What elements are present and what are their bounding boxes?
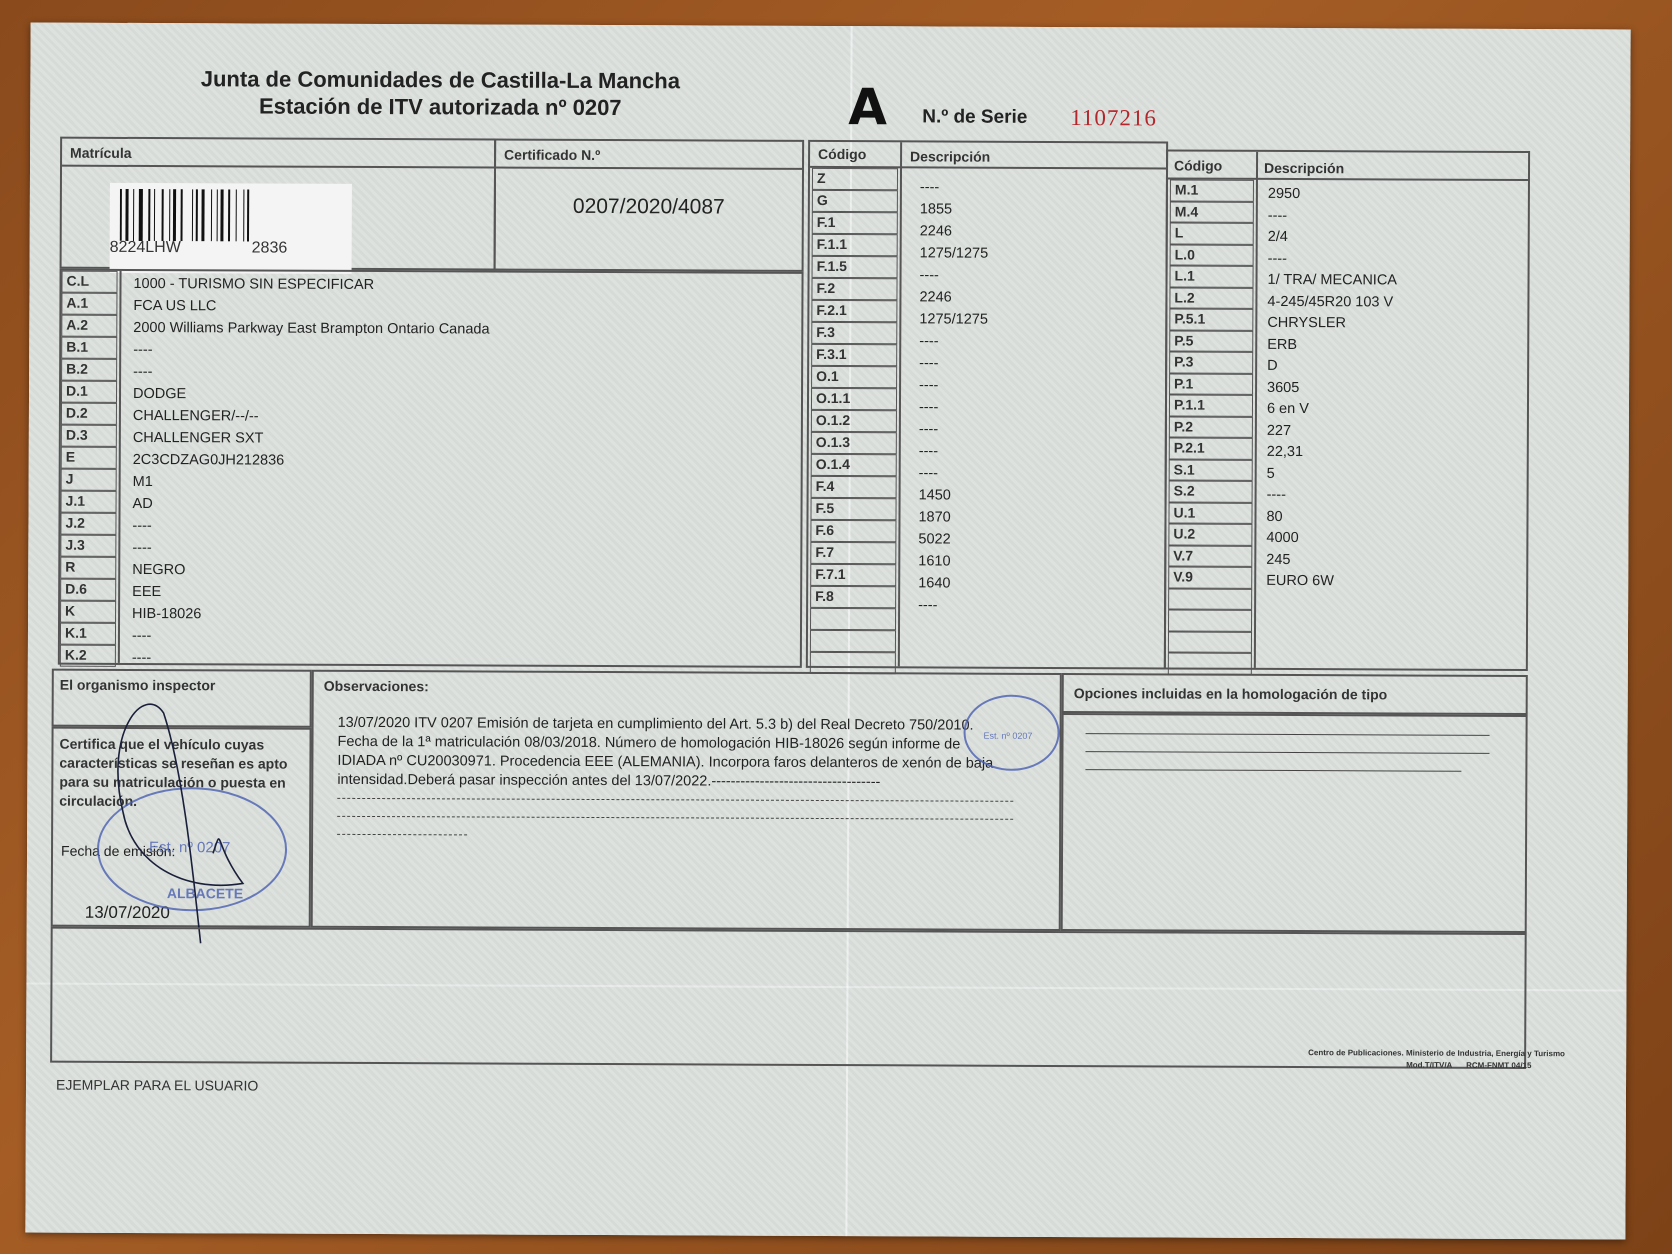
field-code: O.1.3 <box>811 432 897 454</box>
field-code: G <box>812 190 898 212</box>
field-value <box>1266 592 1396 614</box>
field-value: EEE <box>132 581 488 605</box>
field-value: 2246 <box>919 286 988 308</box>
issuer-title-line1: Junta de Comunidades de Castilla-La Manc… <box>160 65 720 94</box>
field-code: O.1.2 <box>811 410 897 432</box>
field-code: F.2.1 <box>811 300 897 322</box>
field-code: F.6 <box>810 520 896 542</box>
certificado-box: Certificado N.º 0207/2020/4087 <box>494 139 805 272</box>
matricula-box: Matrícula 8224LHW 2836 <box>60 137 497 271</box>
left-values-column: 1000 - TURISMO SIN ESPECIFICARFCA US LLC… <box>132 273 490 671</box>
opciones-box <box>1061 713 1528 933</box>
field-value: ---- <box>132 515 488 539</box>
field-code: F.3 <box>811 322 897 344</box>
field-value: CHALLENGER SXT <box>133 427 489 451</box>
field-value: CHALLENGER/--/-- <box>133 405 489 429</box>
field-value: ERB <box>1267 334 1397 356</box>
field-code: O.1.1 <box>811 388 897 410</box>
field-code <box>810 630 896 652</box>
right-code-header: Código <box>1174 158 1222 174</box>
form-letter: A <box>848 78 887 136</box>
observaciones-stamp-icon: Est. nº 0207 <box>963 695 1059 771</box>
right-desc-header: Descripción <box>1264 160 1344 176</box>
field-value: 245 <box>1266 549 1396 571</box>
field-code: C.L <box>61 271 117 293</box>
field-code: F.7.1 <box>810 564 896 586</box>
observaciones-box: Observaciones: 13/07/2020 ITV 0207 Emisi… <box>311 670 1062 931</box>
field-code: P.5.1 <box>1169 308 1253 330</box>
left-fields-box: C.LA.1A.2B.1B.2D.1D.2D.3EJJ.1J.2J.3RD.6K… <box>58 269 804 668</box>
field-value: CHRYSLER <box>1267 313 1397 335</box>
field-code: Z <box>812 168 898 190</box>
field-code <box>1168 588 1252 610</box>
serie-number: 1107216 <box>1070 105 1157 131</box>
field-code: D.3 <box>61 425 117 447</box>
field-value: 3605 <box>1267 377 1397 399</box>
field-value: DODGE <box>133 383 489 407</box>
field-code: K.2 <box>60 645 116 667</box>
field-value: 1640 <box>918 572 987 594</box>
model-text: Mod.T/ITV/A <box>1406 1061 1452 1070</box>
field-value: ---- <box>919 352 988 374</box>
field-value <box>918 638 987 660</box>
field-code: R <box>60 557 116 579</box>
field-code: S.2 <box>1169 480 1253 502</box>
middle-values-column: ----185522461275/1275----22461275/1275--… <box>918 176 989 682</box>
field-value: ---- <box>920 264 989 286</box>
field-value: 227 <box>1267 420 1397 442</box>
field-value: HIB-18026 <box>132 603 488 627</box>
field-code: V.9 <box>1168 566 1252 588</box>
field-code: P.5 <box>1169 330 1253 352</box>
serie-label: N.º de Serie <box>922 106 1027 128</box>
middle-table: Código Descripción ZGF.1F.1.1F.1.5F.2F.2… <box>806 140 1168 670</box>
field-code: A.2 <box>61 315 117 337</box>
field-value: 1275/1275 <box>919 308 988 330</box>
certificado-number: 0207/2020/4087 <box>496 195 802 220</box>
field-code: F.8 <box>810 586 896 608</box>
observacion-line: intensidad.Deberá pasar inspección antes… <box>337 771 993 793</box>
field-code: J.3 <box>60 535 116 557</box>
barcode-icon <box>120 189 310 242</box>
field-value: ---- <box>920 176 989 198</box>
certificado-label: Certificado N.º <box>504 147 600 163</box>
field-code: L <box>1170 222 1254 244</box>
field-code: L.1 <box>1170 265 1254 287</box>
left-codes-column: C.LA.1A.2B.1B.2D.1D.2D.3EJJ.1J.2J.3RD.6K… <box>60 271 118 667</box>
plate-number: 8224LHW <box>110 239 181 257</box>
field-code: B.2 <box>61 359 117 381</box>
field-value: 1275/1275 <box>920 242 989 264</box>
field-code: F.1 <box>812 212 898 234</box>
field-value <box>918 616 987 638</box>
field-code: O.1.4 <box>811 454 897 476</box>
field-code: K.1 <box>60 623 116 645</box>
barcode-sticker: 8224LHW 2836 <box>110 183 352 274</box>
opciones-label: Opciones incluidas en la homologación de… <box>1074 685 1388 702</box>
field-value: 4000 <box>1266 528 1396 550</box>
field-code: U.1 <box>1168 502 1252 524</box>
field-value: 2C3CDZAG0JH212836 <box>133 449 489 473</box>
publisher-text: Centro de Publicaciones. Ministerio de I… <box>1308 1048 1565 1058</box>
field-code: P.1 <box>1169 373 1253 395</box>
field-code: F.2 <box>811 278 897 300</box>
field-code <box>810 652 896 674</box>
field-code: S.1 <box>1169 459 1253 481</box>
field-value: ---- <box>133 339 489 363</box>
field-code: O.1 <box>811 366 897 388</box>
field-value: 1000 - TURISMO SIN ESPECIFICAR <box>133 273 489 297</box>
right-values-column: 2950----2/4----1/ TRA/ MECANICA4-245/45R… <box>1266 184 1398 679</box>
printer-text: RCM-FNMT 04/15 <box>1466 1061 1531 1070</box>
right-codes-column: M.1M.4LL.0L.1L.2P.5.1P.5P.3P.1P.1.1P.2P.… <box>1168 179 1254 674</box>
field-code: F.1.1 <box>812 234 898 256</box>
field-value: ---- <box>919 440 988 462</box>
field-value: ---- <box>1268 248 1398 270</box>
field-value: 2246 <box>920 220 989 242</box>
itv-card-document: Junta de Comunidades de Castilla-La Manc… <box>25 23 1630 1240</box>
field-value: EURO 6W <box>1266 571 1396 593</box>
field-value: 4-245/45R20 103 V <box>1267 291 1397 313</box>
observaciones-label: Observaciones: <box>324 678 429 694</box>
field-code: D.2 <box>61 403 117 425</box>
field-value: ---- <box>918 594 987 616</box>
field-value: M1 <box>133 471 489 495</box>
field-value: 80 <box>1266 506 1396 528</box>
field-code: P.2.1 <box>1169 437 1253 459</box>
middle-desc-header: Descripción <box>910 148 990 164</box>
field-code: E <box>61 447 117 469</box>
field-code: D.6 <box>60 579 116 601</box>
field-value: D <box>1267 356 1397 378</box>
field-value: ---- <box>919 396 988 418</box>
field-code <box>1168 609 1252 631</box>
field-value: 5 <box>1267 463 1397 485</box>
bottom-empty-box <box>50 927 1527 1069</box>
signature-icon <box>93 693 274 954</box>
field-code: B.1 <box>61 337 117 359</box>
field-value: ---- <box>132 647 488 671</box>
field-value: 1/ TRA/ MECANICA <box>1267 270 1397 292</box>
field-code: L.0 <box>1170 244 1254 266</box>
opciones-label-box: Opciones incluidas en la homologación de… <box>1062 673 1528 715</box>
field-value: 2/4 <box>1268 227 1398 249</box>
issuer-title-line2: Estación de ITV autorizada nº 0207 <box>160 92 720 121</box>
field-value: ---- <box>132 537 488 561</box>
field-code: F.1.5 <box>812 256 898 278</box>
field-code: F.4 <box>811 476 897 498</box>
field-code: J.1 <box>61 491 117 513</box>
field-value: 22,31 <box>1267 442 1397 464</box>
field-code: U.2 <box>1168 523 1252 545</box>
right-table: Código Descripción M.1M.4LL.0L.1L.2P.5.1… <box>1164 149 1530 671</box>
field-code: M.1 <box>1170 179 1254 201</box>
middle-code-header: Código <box>818 146 866 162</box>
field-value: 6 en V <box>1267 399 1397 421</box>
field-value: NEGRO <box>132 559 488 583</box>
field-value: ---- <box>919 462 988 484</box>
field-code <box>810 608 896 630</box>
field-code: M.4 <box>1170 201 1254 223</box>
field-value: 1870 <box>918 506 987 528</box>
issuer-title: Junta de Comunidades de Castilla-La Manc… <box>160 65 720 121</box>
field-code: K <box>60 601 116 623</box>
field-value: 5022 <box>918 528 987 550</box>
field-code: P.3 <box>1169 351 1253 373</box>
field-value: 1610 <box>918 550 987 572</box>
field-code: L.2 <box>1169 287 1253 309</box>
field-value <box>1266 614 1396 636</box>
field-code: V.7 <box>1168 545 1252 567</box>
field-code: J <box>61 469 117 491</box>
field-value: ---- <box>919 330 988 352</box>
field-value: ---- <box>1268 205 1398 227</box>
field-code: D.1 <box>61 381 117 403</box>
field-code: F.7 <box>810 542 896 564</box>
matricula-label: Matrícula <box>70 145 132 161</box>
field-code <box>1168 652 1252 674</box>
field-code <box>1168 631 1252 653</box>
field-value: FCA US LLC <box>133 295 489 319</box>
field-code: J.2 <box>60 513 116 535</box>
field-value: 2000 Williams Parkway East Brampton Onta… <box>133 317 489 341</box>
field-value: 1855 <box>920 198 989 220</box>
field-value: ---- <box>132 625 488 649</box>
field-value: 1450 <box>919 484 988 506</box>
field-code: A.1 <box>61 293 117 315</box>
observaciones-text: 13/07/2020 ITV 0207 Emisión de tarjeta e… <box>337 714 993 793</box>
inspector-cert-box: Certifica que el vehículo cuyas caracter… <box>51 727 312 928</box>
field-code: F.3.1 <box>811 344 897 366</box>
field-value: ---- <box>919 418 988 440</box>
field-code: F.5 <box>810 498 896 520</box>
field-value: AD <box>132 493 488 517</box>
field-value: ---- <box>133 361 489 385</box>
inspector-label: El organismo inspector <box>60 677 216 694</box>
barcode-suffix: 2836 <box>252 239 288 257</box>
middle-codes-column: ZGF.1F.1.1F.1.5F.2F.2.1F.3F.3.1O.1O.1.1O… <box>810 168 898 674</box>
copy-label: EJEMPLAR PARA EL USUARIO <box>56 1077 258 1094</box>
field-value <box>1266 635 1396 657</box>
field-value: 2950 <box>1268 184 1398 206</box>
field-code: P.1.1 <box>1169 394 1253 416</box>
field-value: ---- <box>919 374 988 396</box>
field-value: ---- <box>1267 485 1397 507</box>
field-code: P.2 <box>1169 416 1253 438</box>
